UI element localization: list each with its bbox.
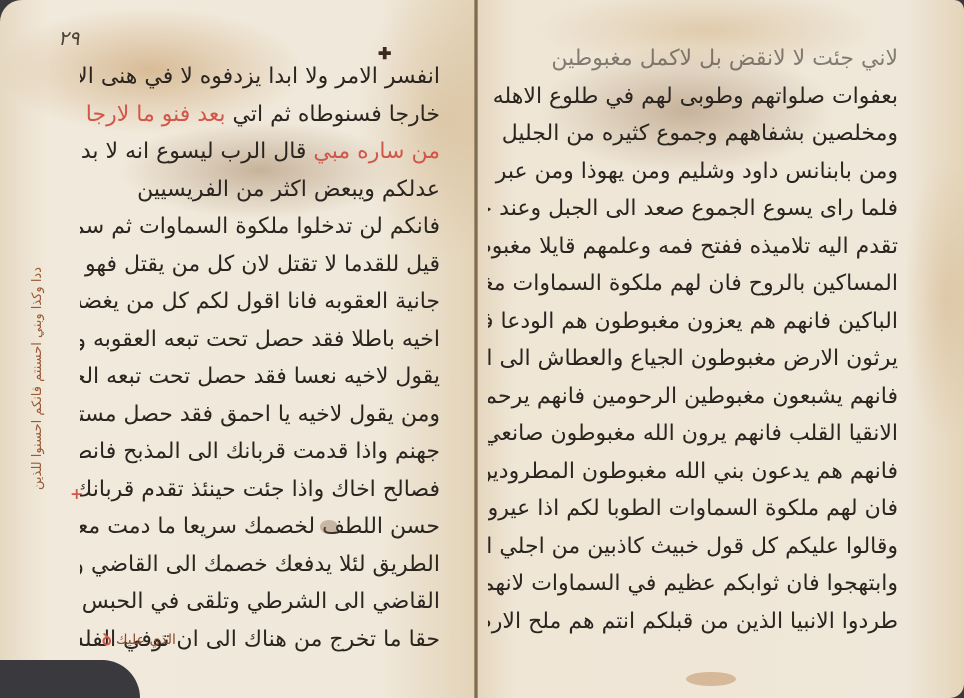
text-line: الباكين فانهم هم يعزون مغبوطون هم الودعا… (488, 303, 898, 341)
text-line: ومخلصين بشفاههم وجموع كثيره من الجليل (488, 115, 898, 153)
text-line: ومن بابنانس داود وشليم ومن يهوذا ومن عبر… (488, 153, 898, 191)
stain (320, 520, 338, 534)
margin-note: ددا وكذا وبني احسنتم فانكم احسنوا للذين (30, 260, 60, 490)
text-line: انفسر الامر ولا ابدا يزدفوه لا في هنى ال… (80, 58, 440, 96)
text-line: طردوا الانبيا الذين من قبلكم انتم هم ملح… (488, 603, 898, 641)
text-line: وابتهجوا فان ثوابكم عظيم في السماوات لان… (488, 565, 898, 603)
text-line: اخيه باطلا فقد حصل تحت تبعه العقوبه ومن (80, 321, 440, 359)
folio-number: ٢٩ (58, 26, 79, 50)
rubric-mark-icon: ꝺ (102, 628, 112, 650)
text-line: فانهم يشبعون مغبوطين الرحومين فانهم يرحم… (488, 378, 898, 416)
text-line: بعفوات صلواتهم وطوبى لهم في طلوع الاهله (488, 78, 898, 116)
text-line: الانقيا القلب فانهم يرون الله مغبوطون صا… (488, 415, 898, 453)
binding-gutter (474, 0, 478, 698)
text-line: فصالح اخاك واذا جئت حينئذ تقدم قربانك كن (80, 471, 440, 509)
closing-line: الذي عليك (116, 632, 176, 648)
stain (686, 672, 736, 686)
text-line: جهنم واذا قدمت قربانك الى المذبح فانطلق … (80, 433, 440, 471)
text-line: الطريق لئلا يدفعك خصمك الى القاضي ويدفعك (80, 546, 440, 584)
text-line: يقول لاخيه نعسا فقد حصل تحت تبعه الجمع (80, 358, 440, 396)
left-text-block: انفسر الامر ولا ابدا يزدفوه لا في هنى ال… (80, 58, 440, 658)
text-line: يرثون الارض مغبوطون الجياع والعطاش الى ا… (488, 340, 898, 378)
right-page: لاني جئت لا لانقض بل لاكمل مغبوطين بعفوا… (476, 0, 964, 698)
text-line: من ساره مبي قال الرب ليسوع انه لا بد نفص… (80, 133, 440, 171)
text-line: وقالوا عليكم كل قول خبيث كاذبين من اجلي … (488, 528, 898, 566)
text-line: ومن يقول لاخيه يا احمق فقد حصل مستوجب لن… (80, 396, 440, 434)
text-line: المساكين بالروح فان لهم ملكوة السماوات م… (488, 265, 898, 303)
left-page: ٢٩ ✚ ددا وكذا وبني احسنتم فانكم احسنوا ل… (0, 0, 476, 698)
text-line: فان لهم ملكوة السماوات الطوبا لكم اذا عي… (488, 490, 898, 528)
text-line: فانكم لن تدخلوا ملكوة السماوات ثم سمعتم … (80, 208, 440, 246)
manuscript-spread: ٢٩ ✚ ددا وكذا وبني احسنتم فانكم احسنوا ل… (0, 0, 964, 698)
text-line: جانية العقوبه فانا اقول لكم كل من يغضب ع… (80, 283, 440, 321)
text-line: عدلكم ويبعض اكثر من الفريسيين (80, 171, 440, 209)
text-line: حسن اللطف لخصمك سريعا ما دمت معه في (80, 508, 440, 546)
text-line: خارجا فسنوطاه ثم اتي بعد فنو ما لارجا بع… (80, 96, 440, 134)
right-text-block: لاني جئت لا لانقض بل لاكمل مغبوطين بعفوا… (488, 40, 898, 640)
text-line: قيل للقدما لا تقتل لان كل من يقتل فهو مط… (80, 246, 440, 284)
background-corner (0, 660, 140, 698)
text-line: فلما راى يسوع الجموع صعد الى الجبل وعند … (488, 190, 898, 228)
text-line: القاضي الى الشرطي وتلقى في الحبس اقول لك (80, 583, 440, 621)
text-line: تقدم اليه تلاميذه ففتح فمه وعلمهم قايلا … (488, 228, 898, 266)
text-line: فانهم هم يدعون بني الله مغبوطون المطرودي… (488, 453, 898, 491)
text-line: لاني جئت لا لانقض بل لاكمل مغبوطين (488, 40, 898, 78)
